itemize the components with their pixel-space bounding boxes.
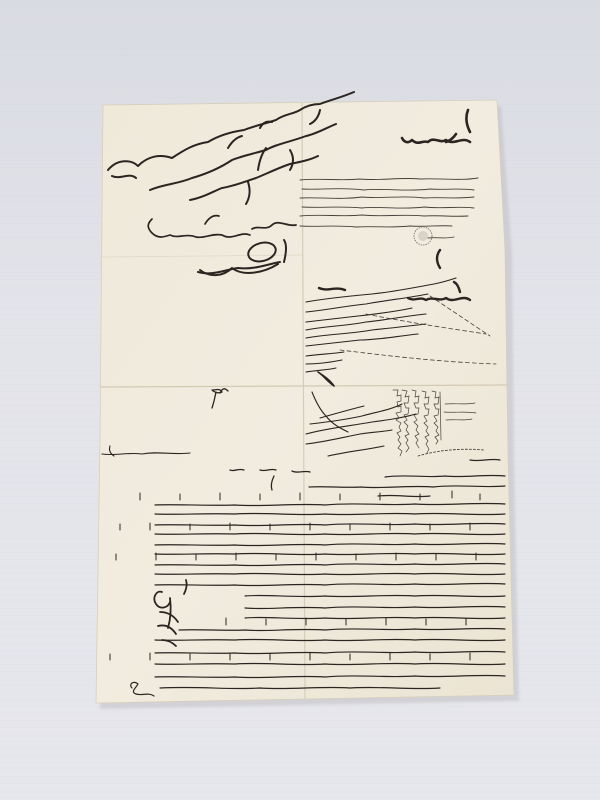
- keyword-1: عابد: [228, 462, 229, 463]
- middle-label-text: علم: [205, 385, 206, 386]
- main-body-description: Main body of roughly 20 lines of dense h…: [100, 470, 101, 471]
- top-right-header-region: وقف دفتر دولت: [405, 120, 485, 150]
- body-title-text: حضورنده وقفان بیانی اولنمشدر: [100, 440, 101, 441]
- body-title-region: حضورنده وقفان بیانی اولنمشدر: [100, 440, 195, 458]
- manuscript-photo: وقف دفتر دولت Block of six lines of smal…: [0, 0, 600, 800]
- signature-region: Vertical signature / seal-like notation …: [150, 585, 190, 650]
- keyword-3: الله: [228, 462, 229, 463]
- middle-right-heading-label: امر دیوان: [420, 265, 421, 266]
- middle-label-region: علم: [205, 385, 235, 410]
- top-right-header-label: وقف دفتر دولت: [405, 120, 406, 121]
- middle-right-diagonal-region: Diagonal marginal notes with hatched reg…: [305, 290, 505, 460]
- keyword-2: مرحوم: [228, 462, 229, 463]
- middle-right-diagonal-description: Diagonal marginal notes with hatched reg…: [305, 290, 306, 291]
- top-right-text-region: Block of six lines of small naskh text w…: [300, 175, 500, 245]
- signature-description: Vertical signature / seal-like notation …: [150, 585, 151, 586]
- top-left-marginal-region: Large diagonal divani calligraphy annota…: [105, 110, 305, 280]
- main-body-region: Main body of roughly 20 lines of dense h…: [100, 470, 510, 695]
- top-left-marginal-description: Large diagonal divani calligraphy annota…: [105, 110, 106, 111]
